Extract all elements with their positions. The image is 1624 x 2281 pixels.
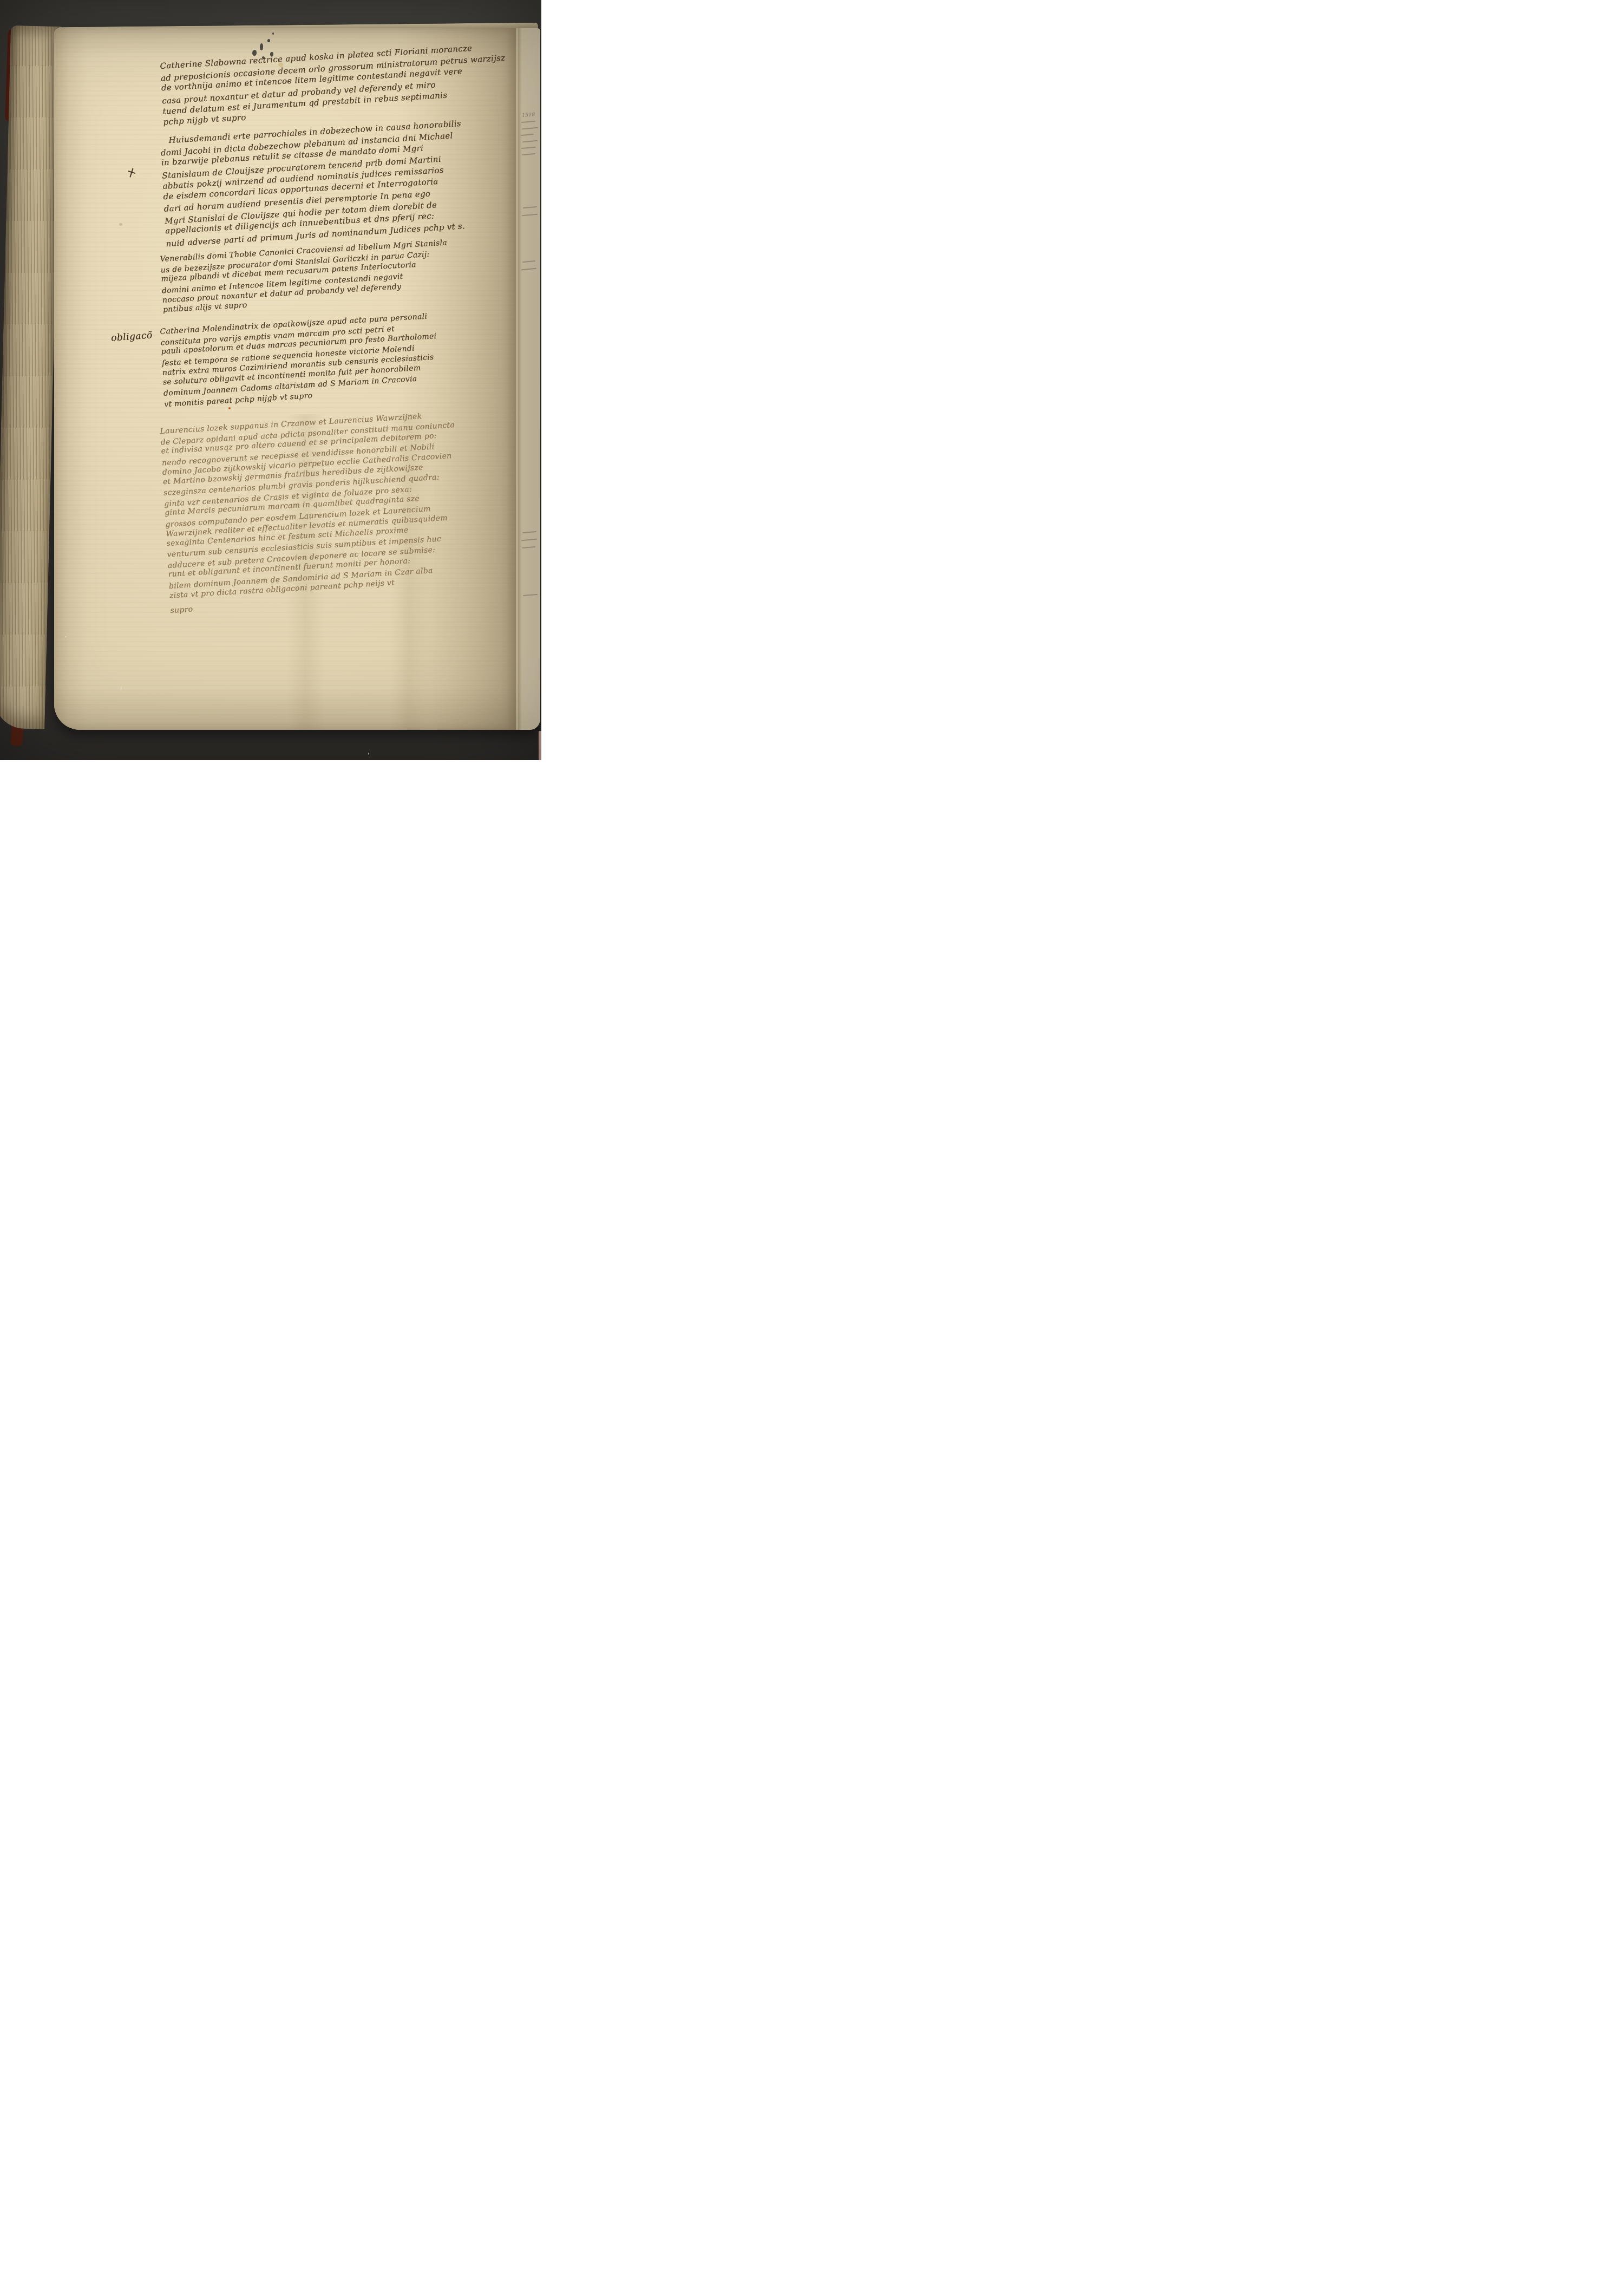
paper-stain — [119, 223, 122, 226]
page-writing-surface: obligacõ Catherine Slabowna rectrice apu… — [54, 28, 518, 730]
page-block-fore-edge — [0, 25, 62, 729]
manuscript-photograph: 1518 — [0, 0, 541, 760]
manuscript-page: 1518 — [54, 28, 540, 730]
ghost-scribble — [521, 539, 537, 541]
entry-paragraph: Laurencius lozek suppanus in Crzanow et … — [160, 410, 465, 617]
ghost-scribble — [523, 594, 538, 596]
entry-paragraph: Huiusdemandi erte parrochiales in dobeze… — [160, 118, 467, 249]
margin-cross-mark — [127, 167, 137, 178]
ghost-scribble — [522, 140, 538, 142]
table-edge-sliver — [539, 731, 541, 760]
ghost-scribble — [522, 260, 535, 263]
margin-note-obligation: obligacõ — [110, 330, 153, 343]
ink-blot — [260, 43, 263, 50]
dust-fleck — [65, 636, 67, 637]
dust-fleck — [368, 753, 369, 755]
ghost-scribble — [523, 206, 537, 208]
ghost-scribble — [522, 127, 538, 130]
ghost-scribble — [521, 121, 535, 123]
ghost-date: 1518 — [522, 112, 536, 119]
entry-paragraph: Catherina Molendinatrix de opatkowijsze … — [160, 311, 440, 409]
ghost-scribble — [521, 147, 536, 149]
ghost-scribble — [522, 531, 536, 533]
paper-stain — [228, 407, 231, 409]
ghost-scribble — [522, 214, 538, 217]
ghost-scribble — [522, 153, 535, 155]
ink-blot — [272, 32, 274, 35]
ink-blot — [267, 39, 270, 42]
ghost-scribble — [521, 268, 536, 270]
ghost-scribble — [521, 134, 534, 136]
ghost-scribble — [522, 546, 535, 548]
next-leaf-edge: 1518 — [515, 28, 540, 730]
entry-paragraph: Venerabilis domi Thobie Canonici Cracovi… — [160, 238, 450, 316]
entry-paragraph: Catherine Slabowna rectrice apud koska i… — [160, 41, 508, 128]
dust-fleck — [121, 687, 122, 690]
